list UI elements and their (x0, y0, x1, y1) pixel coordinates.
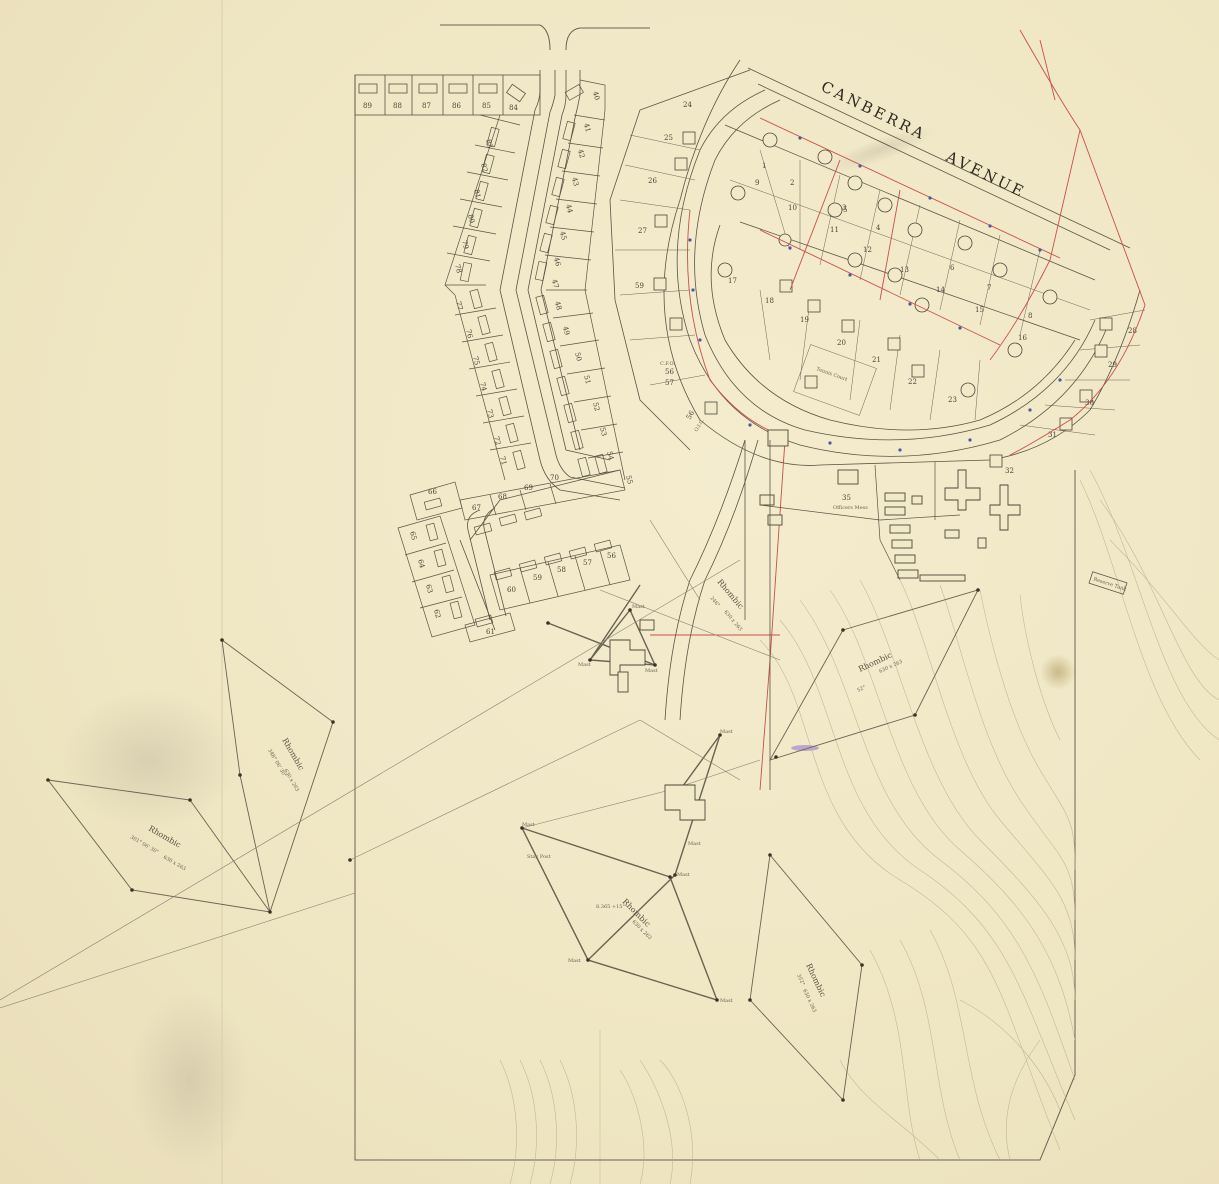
lot-label: 20 (837, 339, 846, 347)
street-name-canberra: CANBERRA (818, 77, 929, 144)
oic-label: O.I.C. (694, 417, 706, 433)
officers-mess-labels: 35 Officers Mess (833, 494, 868, 511)
rhombic-dims: 630 x 263 (801, 988, 817, 1013)
lot-label: 53 (598, 426, 608, 437)
lot-label: 40 (591, 90, 601, 101)
lot-label: 49 (561, 325, 571, 336)
officers-mess-buildings (760, 430, 1020, 581)
boxed-label-text: Reserve Tank (1092, 576, 1127, 593)
lot-label: 9 (755, 179, 759, 187)
radio-buildings (610, 620, 705, 820)
officers-mess-label: Officers Mess (833, 505, 868, 511)
lot-label: 64 (416, 558, 426, 569)
crescent-lot-lines (615, 135, 1145, 435)
lot-label: 42 (576, 148, 586, 159)
lot-label: 55 (624, 474, 634, 485)
lot-label: 70 (550, 474, 559, 482)
lot-label: 21 (872, 356, 881, 364)
lot-label: 16 (1018, 334, 1027, 342)
lot-label: 86 (452, 102, 461, 110)
lot-label: 7 (987, 284, 991, 292)
lot-label: 83 (484, 138, 494, 149)
lot-label: 23 (948, 396, 957, 404)
mast-label: Mast (720, 729, 733, 735)
mess-paths (760, 462, 960, 580)
lot-label: 76 (464, 328, 474, 339)
lot-label: 1 (762, 162, 766, 170)
lot-label: 52 (591, 401, 601, 412)
mast-label: Mast (677, 872, 690, 878)
lot-label: 47 (550, 278, 560, 289)
lot-label: 41 (582, 122, 592, 133)
rhombic-bearing: 301° 06' 30" (129, 835, 159, 856)
mast-label: Mast (688, 841, 701, 847)
lot-label: 75 (471, 355, 481, 366)
lot-label: 72 (492, 435, 502, 446)
lot-label: 82 (479, 162, 489, 173)
sheet-joins (222, 0, 600, 1184)
north-row-lot-labels: 89 88 87 86 85 84 (363, 102, 518, 112)
rhombic-label: Rhombic (715, 578, 745, 612)
rhombic-dims: 630 x 263 (162, 855, 187, 873)
lot-label: 89 (363, 102, 372, 110)
lot-label: 60 (507, 586, 516, 594)
mast-label: Mast (578, 662, 591, 668)
lot-label: 22 (908, 378, 917, 386)
officers-mess-number: 35 (842, 494, 851, 502)
street-name-avenue: AVENUE (942, 147, 1029, 202)
lot-label: 45 (558, 230, 568, 241)
crescent-houses (654, 132, 1112, 467)
lot-label: 26 (648, 177, 657, 185)
rhombic-dims: 630 x 263 (722, 609, 743, 632)
lot-label: 85 (482, 102, 491, 110)
west-column-lot-labels: 83 82 81 80 79 78 77 76 75 74 73 72 71 (453, 138, 508, 466)
lot-label: 62 (432, 608, 442, 619)
lot-label: 18 (765, 297, 774, 305)
stay-post-label: Stay Post (527, 854, 551, 860)
mast-label: Mast (522, 822, 535, 828)
rhombic-bearing: 246° (708, 595, 721, 608)
cfo-label: C.F.O. (660, 361, 675, 367)
lot-label: 14 (936, 286, 945, 294)
rhombic-dims: 630 x 263 (282, 768, 300, 793)
lot-label: 77 (454, 300, 464, 311)
lot-label: 74 (478, 381, 488, 392)
lot-label: 10 (788, 204, 797, 212)
site-plan-map: 89 88 87 86 85 84 (0, 0, 1219, 1184)
tennis-court-label: Tennis Court (815, 366, 848, 383)
lot-label: 88 (393, 102, 402, 110)
lot-label: 58 (557, 566, 566, 574)
lot-label: 80 (466, 213, 476, 224)
rhombic-bearing: 352° (795, 973, 806, 987)
lot-label: 17 (728, 277, 737, 285)
lot-label: 73 (485, 408, 495, 419)
mast-label: Mast (645, 668, 658, 674)
lot-label: 46 (552, 256, 562, 267)
rhombic-bearing: 52° (856, 684, 867, 693)
paper-stains (60, 118, 1076, 1170)
lot-label: 63 (424, 583, 434, 594)
lot-label: 57 (665, 379, 674, 387)
lot-label: 50 (573, 351, 583, 362)
lot-label: 25 (664, 134, 673, 142)
cfo-lot-label: 56 (665, 368, 674, 376)
lot-label: 43 (570, 176, 580, 187)
mast-label: Mast (568, 958, 581, 964)
lot-label: 12 (863, 246, 872, 254)
site-boundary (355, 25, 1075, 1160)
lot-label: 2 (790, 179, 794, 187)
lot-label: 61 (486, 628, 495, 636)
lot-label: 66 (428, 488, 437, 496)
lot-label: 13 (900, 266, 909, 274)
rhombic-bearing: 8.365 +15° (596, 904, 625, 910)
lot-label: 32 (1005, 467, 1014, 475)
lot-label: 87 (422, 102, 431, 110)
rhombic-label: Rhombic (280, 737, 306, 773)
lot-label: 8 (1028, 312, 1032, 320)
lot-label: 5 (843, 206, 847, 214)
lot-label: 59 (635, 282, 644, 290)
lot-label: 56 (607, 552, 616, 560)
east-column-lots (535, 80, 625, 480)
lot-label: 59 (533, 574, 542, 582)
lot-label: 11 (830, 226, 839, 234)
lot-label: 67 (472, 504, 481, 512)
lot-label: 51 (582, 374, 592, 385)
lot-label: 69 (524, 484, 533, 492)
lot-label: 65 (408, 530, 418, 541)
lot-label: 68 (498, 493, 507, 501)
lot-label: 4 (876, 224, 881, 232)
lot-label: 15 (975, 306, 984, 314)
boxed-label: Reserve Tank (1089, 572, 1128, 595)
lot-label: 19 (800, 316, 809, 324)
lot-label: 71 (498, 455, 508, 466)
lot-label: 84 (509, 104, 518, 112)
lot-label: 48 (553, 300, 563, 311)
mast-label: Mast (720, 998, 733, 1004)
lot-label: 79 (460, 239, 470, 250)
map-drawing: 89 88 87 86 85 84 (0, 0, 1219, 1184)
rhombic-labels: Rhombic 348° 06' 30" 630 x 263 Rhombic 3… (129, 578, 904, 1014)
lot-label: 24 (683, 101, 692, 109)
lot-label: 57 (583, 559, 592, 567)
lot-label: 54 (605, 450, 615, 461)
lot-label: 44 (564, 203, 574, 214)
lot-label: 27 (638, 227, 647, 235)
mast-label: Mast (632, 604, 645, 610)
lot-label: 6 (950, 264, 955, 272)
